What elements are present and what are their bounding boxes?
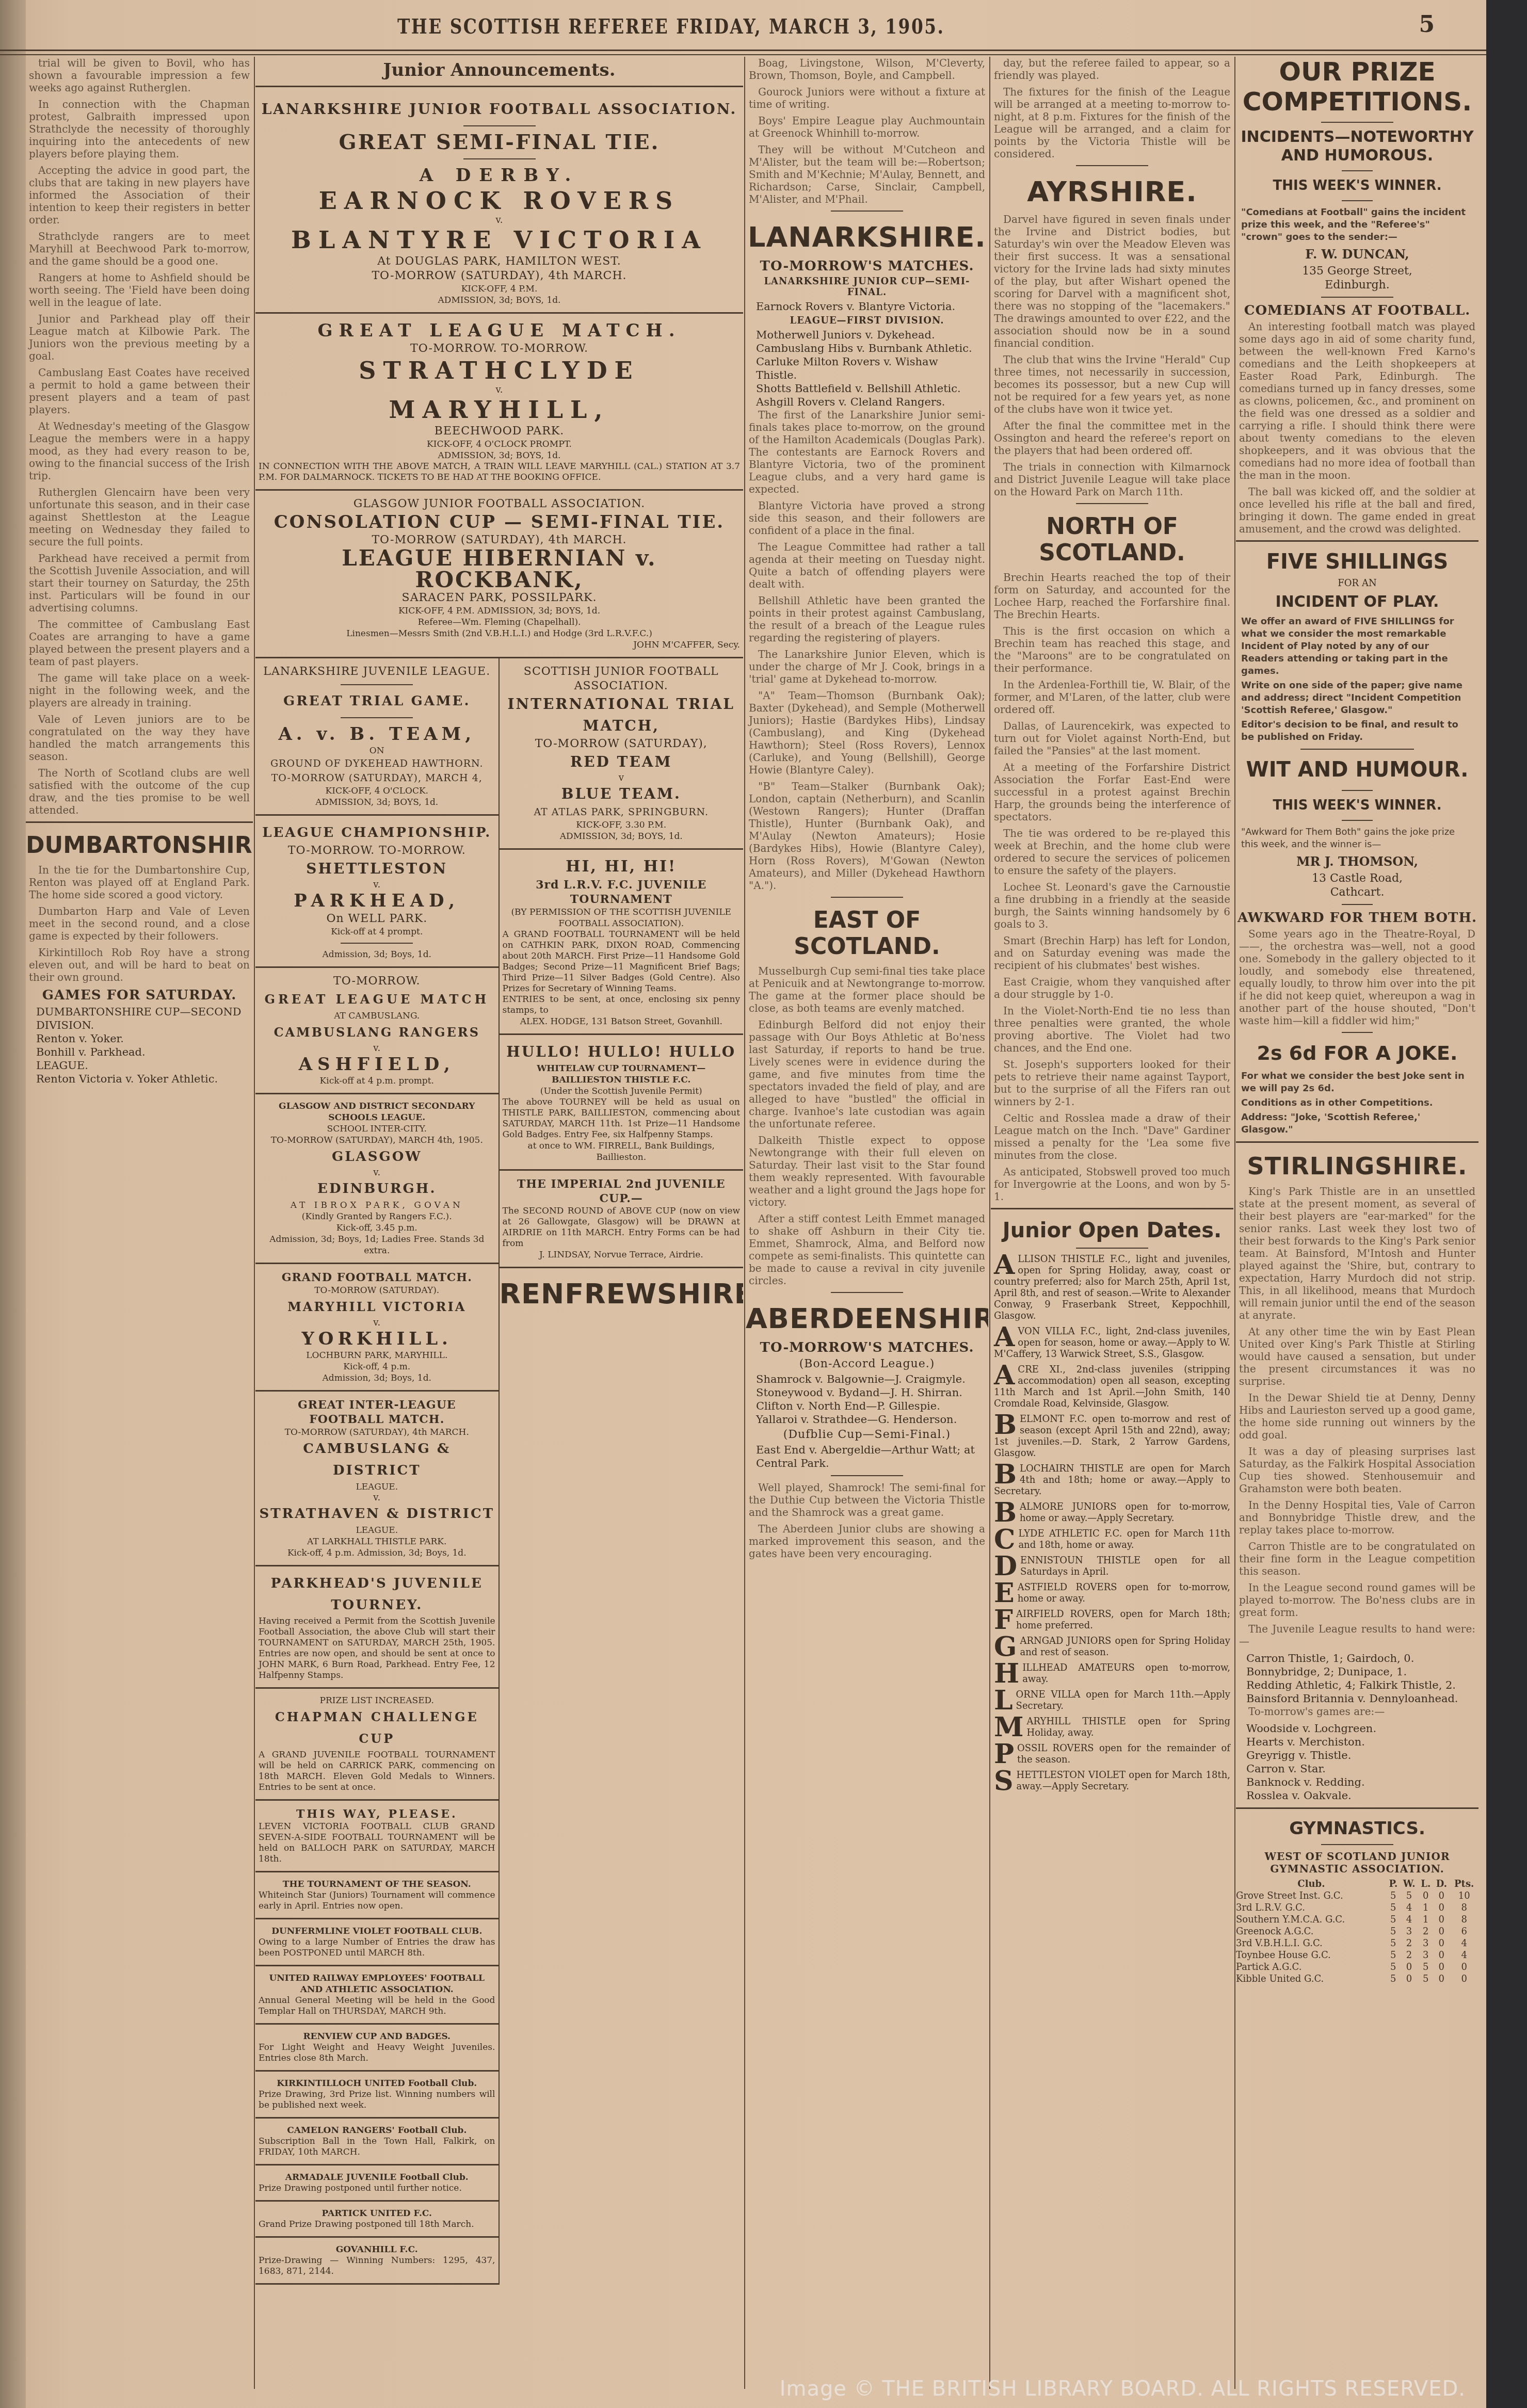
article-paragraph: East Craigie, whom they vanquished after… (994, 976, 1230, 1000)
drop-cap: A (994, 1364, 1015, 1387)
fixture-line: Rosslea v. Oakvale. (1246, 1789, 1468, 1802)
masthead: THE SCOTTISH REFEREE FRIDAY, MARCH 3, 19… (392, 10, 1466, 41)
ad-team-2: BLUE TEAM. (503, 783, 741, 805)
ad-imperial-cup: THE IMPERIAL 2nd JUVENILE CUP.— The SECO… (500, 1171, 744, 1268)
ad-date: TO-MORROW (SATURDAY), MARCH 4, (259, 771, 495, 785)
open-date-text: ILLHEAD AMATEURS open to-morrow, away. (1022, 1662, 1230, 1685)
ad-headline: LEAGUE CHAMPIONSHIP. (259, 822, 495, 844)
short-rule (341, 717, 413, 718)
ad-kickoff: KICK-OFF, 4 O'CLOCK. (259, 785, 495, 797)
incident-winner-text: "Comedians at Football" gains the incide… (1241, 206, 1473, 244)
article-paragraph: Boys' Empire League play Auchmountain at… (749, 115, 985, 139)
ad-team-1: RED TEAM (503, 751, 741, 773)
article-paragraph: The fixtures for the finish of the Leagu… (994, 86, 1230, 160)
article-paragraph: The Lanarkshire Junior Eleven, which is … (749, 648, 985, 685)
stat-cell: 0 (1433, 1890, 1450, 1902)
ad-vs: v. (259, 1318, 495, 1328)
short-rule (341, 684, 413, 685)
short-rule (341, 943, 413, 944)
stat-cell: 0 (1433, 1937, 1450, 1949)
page-number: 5 (1419, 11, 1435, 38)
open-date-entry: ALLISON THISTLE F.C., light and juvenile… (994, 1254, 1230, 1322)
ad-vs: v. (259, 215, 740, 225)
stirlingshire-results: Carron Thistle, 1; Gairdoch, 0.Bonnybrid… (1236, 1652, 1478, 1705)
short-rule (1342, 820, 1373, 821)
article-paragraph: The first of the Lanarkshire Junior semi… (749, 409, 985, 495)
north-of-scotland-heading: NORTH OF SCOTLAND. (991, 513, 1233, 566)
article-paragraph: In the League second round games will be… (1239, 1581, 1475, 1619)
junior-announcements: Junior Announcements. LANARKSHIRE JUNIOR… (255, 57, 743, 2399)
ad-vs: v. (259, 1168, 495, 1178)
column-1-articles: trial will be given to Bovil, who has sh… (26, 57, 253, 816)
ad-venue: GROUND OF DYKEHEAD HAWTHORN. (259, 756, 495, 771)
ad-vs: v. (259, 1043, 495, 1054)
ad-kickoff: KICK-OFF, 4 O'CLOCK PROMPT. (259, 439, 740, 450)
open-date-entry: DENNISTOUN THISTLE open for all Saturday… (994, 1555, 1230, 1578)
ad-team-2: PARKHEAD, (259, 890, 495, 912)
drop-cap: H (994, 1662, 1019, 1685)
article-paragraph: The trials in connection with Kilmarnock… (994, 461, 1230, 498)
article-paragraph: Rangers at home to Ashfield should be wo… (29, 271, 250, 309)
stat-cell: 5 (1387, 1890, 1400, 1902)
club-name: 3rd V.B.H.L.I. G.C. (1236, 1937, 1387, 1949)
fixture-line: Bonhill v. Parkhead. (36, 1045, 243, 1059)
stirlingshire-articles: King's Park Thistle are in an unsettled … (1236, 1185, 1478, 1647)
ad-kickoff: Kick-off, 4 p.m. (259, 1361, 495, 1372)
aberdeenshire-cup-fixture: East End v. Abergeldie—Arthur Watt; at C… (756, 1443, 978, 1470)
column-1: trial will be given to Bovil, who has sh… (26, 57, 253, 2399)
fixture-line: Woodside v. Lochgreen. (1246, 1722, 1468, 1735)
ad-body: Having received a Permit from the Scotti… (259, 1616, 495, 1681)
drop-cap: L (994, 1689, 1013, 1712)
open-date-text: CRE XI., 2nd-class juveniles (stripping … (994, 1364, 1230, 1409)
short-rule (463, 158, 536, 159)
stat-cell: 5 (1418, 1973, 1433, 1985)
ad-kirkintilloch: KIRKINTILLOCH UNITED Football Club. Priz… (255, 2072, 499, 2119)
open-date-entry: ACRE XI., 2nd-class juveniles (stripping… (994, 1364, 1230, 1410)
article-paragraph: Dallas, of Laurencekirk, was expected to… (994, 720, 1230, 757)
open-date-text: ENNISTOUN THISTLE open for all Saturdays… (1020, 1555, 1230, 1577)
open-date-text: ARYHILL THISTLE open for Spring Holiday,… (1027, 1716, 1230, 1738)
ad-date: TO-MORROW. TO-MORROW. (259, 342, 740, 356)
fixture-line: Carron v. Star. (1246, 1762, 1468, 1775)
short-rule (1342, 200, 1373, 201)
ad-date: TO-MORROW (SATURDAY), MARCH 4th, 1905. (259, 1135, 495, 1146)
ad-admission: ADMISSION, 3d; BOYS, 1d. (259, 295, 740, 306)
open-date-entry: EASTFIELD ROVERS open for to-morrow, hom… (994, 1582, 1230, 1605)
article-paragraph: Lochee St. Leonard's gave the Carnoustie… (994, 881, 1230, 930)
article-paragraph: In the tie for the Dumbartonshire Cup, R… (29, 864, 250, 901)
ad-chapman-cup: PRIZE LIST INCREASED. CHAPMAN CHALLENGE … (255, 1689, 499, 1801)
fixture-line: Greyrigg v. Thistle. (1246, 1749, 1468, 1762)
open-date-text: VON VILLA F.C., light, 2nd-class juvenil… (994, 1326, 1230, 1360)
open-date-text: OSSIL ROVERS open for the remainder of t… (1017, 1743, 1230, 1765)
result-line: Bonnybridge, 2; Dunipace, 1. (1246, 1665, 1468, 1678)
lanarkshire-league: LEAGUE—FIRST DIVISION. (746, 315, 988, 326)
aberdeenshire-league: (Bon-Accord League.) (746, 1357, 988, 1370)
gymnastics-heading: GYMNASTICS. (1236, 1818, 1478, 1839)
ad-venue: At DOUGLAS PARK, HAMILTON WEST. (259, 254, 740, 269)
incident-winner-heading: THIS WEEK'S WINNER. (1236, 176, 1478, 195)
table-header-cell: D. (1433, 1878, 1450, 1890)
drop-cap: A (994, 1254, 1015, 1276)
stat-cell: 0 (1433, 1902, 1450, 1914)
ad-consolation-cup: GLASGOW JUNIOR FOOTBALL ASSOCIATION. CON… (255, 491, 743, 658)
ad-headline: GREAT LEAGUE MATCH (259, 989, 495, 1010)
ad-date: TO-MORROW. TO-MORROW. (259, 844, 495, 858)
ad-admission: ADMISSION, 3d; BOYS, 1d. (503, 831, 741, 842)
column-4-intro: day, but the referee failed to appear, s… (991, 57, 1233, 160)
article-paragraph: Musselburgh Cup semi-final ties take pla… (749, 965, 985, 1014)
ad-sub: SCHOOL INTER-CITY. (259, 1123, 495, 1135)
ad-team-2: BLANTYRE VICTORIA (259, 225, 740, 254)
ad-headline: GREAT SEMI-FINAL TIE. (259, 132, 740, 153)
ad-venue: On WELL PARK. (259, 912, 495, 926)
ad-international-trial: SCOTTISH JUNIOR FOOTBALL ASSOCIATION. IN… (500, 658, 744, 850)
article-paragraph: Accepting the advice in good part, the c… (29, 164, 250, 226)
ad-trial-game: LANARKSHIRE JUVENILE LEAGUE. GREAT TRIAL… (255, 658, 499, 816)
open-date-text: ORNE VILLA open for March 11th.—Apply Se… (1016, 1689, 1230, 1711)
ad-team-2: STRATHAVEN & DISTRICT (259, 1503, 495, 1525)
article-paragraph: Gourock Juniors were without a fixture a… (749, 86, 985, 110)
stat-cell: 5 (1387, 1973, 1400, 1985)
ad-on: ON (259, 745, 495, 756)
ad-headline: DUNFERMLINE VIOLET FOOTBALL CLUB. (259, 1926, 495, 1937)
lanarkshire-cup: LANARKSHIRE JUNIOR CUP—SEMI-FINAL. (746, 276, 988, 298)
column-divider (1234, 57, 1235, 2389)
open-date-text: LLISON THISTLE F.C., light and juveniles… (994, 1254, 1230, 1321)
stat-cell: 0 (1400, 1973, 1418, 1985)
ad-vs: v. (259, 880, 495, 890)
open-date-entry: POSSIL ROVERS open for the remainder of … (994, 1743, 1230, 1766)
article-paragraph: They will be without M'Cutcheon and M'Al… (749, 143, 985, 205)
ad-admission: Admission, 3d; Boys, 1d. (259, 1372, 495, 1384)
ad-assoc: LANARKSHIRE JUNIOR FOOTBALL ASSOCIATION. (259, 99, 740, 120)
article-paragraph: trial will be given to Bovil, who has sh… (29, 57, 250, 94)
ad-venue: SARACEN PARK, POSSILPARK. (259, 591, 740, 605)
stat-cell: 2 (1400, 1949, 1418, 1961)
stat-cell: 5 (1387, 1914, 1400, 1926)
ad-kickoff: Kick-off at 4 p.m. prompt. (259, 1075, 495, 1087)
masthead-rule (0, 50, 1486, 55)
open-date-entry: HILLHEAD AMATEURS open to-morrow, away. (994, 1662, 1230, 1685)
open-date-text: HETTLESTON VIOLET open for March 18th, a… (1017, 1770, 1230, 1792)
table-row: Greenock A.G.C.53206 (1236, 1926, 1478, 1937)
ads-right: SCOTTISH JUNIOR FOOTBALL ASSOCIATION. IN… (500, 658, 744, 2285)
ad-headline: UNITED RAILWAY EMPLOYEES' FOOTBALL AND A… (259, 1973, 495, 1995)
open-date-entry: GARNGAD JUNIORS open for Spring Holiday … (994, 1636, 1230, 1658)
section-rule (1236, 1807, 1478, 1809)
club-name: Southern Y.M.C.A. G.C. (1236, 1914, 1387, 1926)
ad-inter-league: GREAT INTER-LEAGUE FOOTBALL MATCH. TO-MO… (255, 1392, 499, 1566)
short-rule (1321, 297, 1393, 298)
table-row: Grove Street Inst. G.C.550010 (1236, 1890, 1478, 1902)
drop-cap: B (994, 1463, 1017, 1486)
drop-cap: A (994, 1326, 1015, 1349)
newspaper-page: THE SCOTTISH REFEREE FRIDAY, MARCH 3, 19… (0, 0, 1486, 2408)
table-header-cell: W. (1400, 1878, 1418, 1890)
ad-team-1: CAMBUSLANG & DISTRICT (259, 1438, 495, 1481)
ad-kickoff: Kick-off, 4 p.m. Admission, 3d; Boys, 1d… (259, 1547, 495, 1559)
joke-title: 2s 6d FOR A JOKE. (1236, 1038, 1478, 1068)
article-paragraph: King's Park Thistle are in an unsettled … (1239, 1185, 1475, 1321)
ad-armadale: ARMADALE JUVENILE Football Club. Prize D… (255, 2165, 499, 2202)
ad-headline: GLASGOW AND DISTRICT SECONDARY SCHOOLS L… (259, 1101, 495, 1123)
short-rule (1321, 122, 1393, 123)
competition-rule: For what we consider the best Joke sent … (1241, 1070, 1473, 1095)
article-paragraph: The committee of Cambuslang East Coates … (29, 618, 250, 668)
aberdeenshire-cup: (Dufblie Cup—Semi-Final.) (746, 1428, 988, 1441)
ad-venue: LOCHBURN PARK, MARYHILL. (259, 1350, 495, 1361)
ad-renview: RENVIEW CUP AND BADGES. For Light Weight… (255, 2025, 499, 2072)
short-rule (1342, 790, 1373, 791)
club-name: Partick A.G.C. (1236, 1961, 1387, 1973)
ad-kickoff: KICK-OFF, 4 P.M. ADMISSION, 3d; BOYS, 1d… (259, 605, 740, 617)
ad-dunfermline-violet: DUNFERMLINE VIOLET FOOTBALL CLUB. Owing … (255, 1919, 499, 1966)
open-date-entry: BELMONT F.C. open to-morrow and rest of … (994, 1414, 1230, 1459)
five-shillings-title: FIVE SHILLINGS (1236, 547, 1478, 577)
stat-cell: 0 (1450, 1961, 1478, 1973)
article-paragraph: The club that wins the Irvine "Herald" C… (994, 353, 1230, 415)
ad-permission: (Under the Scottish Juvenile Permit) (503, 1086, 741, 1097)
ad-team-2-sub: LEAGUE. (259, 1525, 495, 1536)
ad-assoc: SCOTTISH JUNIOR FOOTBALL ASSOCIATION. (503, 665, 741, 693)
open-date-text: ALMORE JUNIORS open for to-morrow, home … (1020, 1501, 1230, 1524)
ad-headline: RENVIEW CUP AND BADGES. (259, 2031, 495, 2042)
open-date-entry: BALMORE JUNIORS open for to-morrow, home… (994, 1501, 1230, 1524)
ad-note: IN CONNECTION WITH THE ABOVE MATCH, A TR… (259, 461, 740, 483)
table-header-cell: Club. (1236, 1878, 1387, 1890)
article-paragraph: Darvel have figured in seven finals unde… (994, 213, 1230, 349)
ad-vs: v. (259, 385, 740, 395)
ad-headline: CHAPMAN CHALLENGE CUP (259, 1706, 495, 1750)
fixture-line: Yallaroi v. Strathdee—G. Henderson. (756, 1413, 978, 1426)
ad-kickoff: Kick-off, 3.45 p.m. (259, 1222, 495, 1234)
open-date-entry: AVON VILLA F.C., light, 2nd-class juveni… (994, 1326, 1230, 1360)
aberdeenshire-sub: TO-MORROW'S MATCHES. (746, 1340, 988, 1355)
stat-cell: 1 (1418, 1902, 1433, 1914)
ad-headline: GOVANHILL F.C. (259, 2244, 495, 2255)
stirlingshire-fixtures: Woodside v. Lochgreen.Hearts v. Merchist… (1236, 1722, 1478, 1802)
ad-team-1: SHETTLESTON (259, 858, 495, 880)
article-paragraph: Cambuslang East Coates have received a p… (29, 366, 250, 416)
article-paragraph: day, but the referee failed to appear, s… (994, 57, 1230, 82)
ad-kickoff: KICK-OFF, 3.30 P.M. (503, 819, 741, 831)
open-dates-heading: Junior Open Dates. (991, 1219, 1233, 1242)
open-date-text: LOCHAIRN THISTLE are open for March 4th … (994, 1463, 1230, 1497)
article-paragraph: Kirkintilloch Rob Roy have a strong elev… (29, 946, 250, 983)
drop-cap: M (994, 1716, 1024, 1739)
fixture-line: Banknock v. Redding. (1246, 1775, 1468, 1789)
open-date-text: ELMONT F.C. open to-morrow and rest of s… (994, 1414, 1230, 1459)
article-paragraph: Well played, Shamrock! The semi-final fo… (749, 1481, 985, 1518)
renfrewshire-heading: RENFREWSHIRE. (500, 1278, 744, 1310)
drop-cap: D (994, 1555, 1017, 1578)
stat-cell: 0 (1433, 1973, 1450, 1985)
column-4: day, but the referee failed to appear, s… (991, 57, 1233, 2399)
article-paragraph: The game will take place on a week-night… (29, 672, 250, 709)
article-paragraph: "B" Team—Stalker (Burnbank Oak); London,… (749, 780, 985, 892)
ad-body: LEVEN VICTORIA FOOTBALL CLUB GRAND SEVEN… (259, 1821, 495, 1865)
stat-cell: 5 (1387, 1949, 1400, 1961)
competition-rule: Address: "Joke, 'Scottish Referee,' Glas… (1241, 1111, 1473, 1136)
article-paragraph: The tie was ordered to be re-played this… (994, 827, 1230, 877)
article-paragraph: The North of Scotland clubs are well sat… (29, 767, 250, 816)
article-paragraph: Vale of Leven juniors are to be congratu… (29, 713, 250, 763)
competition-rule: Editor's decision to be final, and resul… (1241, 719, 1473, 744)
article-paragraph: Junior and Parkhead play off their Leagu… (29, 313, 250, 362)
open-date-entry: BLOCHAIRN THISTLE are open for March 4th… (994, 1463, 1230, 1497)
ad-headline: GREAT INTER-LEAGUE FOOTBALL MATCH. (259, 1398, 495, 1427)
ad-body: A GRAND JUVENILE FOOTBALL TOURNAMENT wil… (259, 1750, 495, 1793)
incident-winner-address-1: 135 George Street, (1236, 265, 1478, 278)
ad-pre: PRIZE LIST INCREASED. (259, 1695, 495, 1706)
ad-body: Prize Drawing postponed until further no… (259, 2183, 495, 2194)
ad-team-2: MARYHILL, (259, 395, 740, 424)
article-paragraph: Parkhead have received a permit from the… (29, 552, 250, 614)
article-paragraph: In the Dewar Shield tie at Denny, Denny … (1239, 1392, 1475, 1441)
article-paragraph: An interesting football match was played… (1239, 320, 1475, 481)
ad-kickoff: KICK-OFF, 4 P.M. (259, 283, 740, 295)
ad-sub: WHITELAW CUP TOURNAMENT—BAILLIESTON THIS… (503, 1063, 741, 1086)
fixture-line: Hearts v. Merchiston. (1246, 1735, 1468, 1749)
ad-headline: HI, HI, HI! (503, 856, 741, 878)
ad-vs: v (503, 773, 741, 783)
article-paragraph: In the Denny Hospital ties, Vale of Carr… (1239, 1499, 1475, 1536)
ad-body: Prize-Drawing — Winning Numbers: 1295, 4… (259, 2255, 495, 2277)
dumbartonshire-heading: DUMBARTONSHIRE. (26, 832, 253, 859)
games-list: DUMBARTONSHIRE CUP—SECOND DIVISION.Rento… (26, 1005, 253, 1086)
article-paragraph: In the Ardenlea-Forthill tie, W. Blair, … (994, 678, 1230, 716)
ad-headline: CONSOLATION CUP — SEMI-FINAL TIE. (259, 511, 740, 533)
ad-body: Whiteinch Star (Juniors) Tournament will… (259, 1890, 495, 1912)
table-row: 3rd L.R.V. G.C.54108 (1236, 1902, 1478, 1914)
column-3-intro: Boag, Livingstone, Wilson, M'Cleverty, B… (746, 57, 988, 205)
short-rule (831, 211, 903, 212)
ayrshire-articles: Darvel have figured in seven finals unde… (991, 213, 1233, 498)
stat-cell: 2 (1400, 1937, 1418, 1949)
article-paragraph: This is the first occasion on which a Br… (994, 625, 1230, 674)
gymnastics-table-header: Club.P.W.L.D.Pts. (1236, 1878, 1478, 1890)
ad-headline: GRAND FOOTBALL MATCH. (259, 1270, 495, 1285)
ad-team-1-sub: LEAGUE. (259, 1481, 495, 1493)
ad-team-2: ASHFIELD, (259, 1054, 495, 1075)
short-rule (1321, 1844, 1393, 1845)
section-rule (1236, 1141, 1478, 1143)
article-paragraph: Rutherglen Glencairn have been very unfo… (29, 486, 250, 548)
article-paragraph: Celtic and Rosslea made a draw of their … (994, 1112, 1230, 1161)
short-rule (1342, 170, 1373, 171)
ad-team-1: MARYHILL VICTORIA (259, 1296, 495, 1318)
open-date-entry: SHETTLESTON VIOLET open for March 18th, … (994, 1770, 1230, 1792)
incidents-subtitle: INCIDENTS—NOTEWORTHY AND HUMOROUS. (1236, 128, 1478, 165)
stat-cell: 0 (1433, 1914, 1450, 1926)
ad-body: Grand Prize Drawing postponed till 18th … (259, 2219, 495, 2230)
fixture-line: Carluke Milton Rovers v. Wishaw Thistle. (756, 355, 978, 382)
stat-cell: 5 (1387, 1961, 1400, 1973)
short-rule (831, 897, 903, 898)
incident-story-title: COMEDIANS AT FOOTBALL. (1236, 303, 1478, 318)
club-name: Greenock A.G.C. (1236, 1926, 1387, 1937)
article-paragraph: In connection with the Chapman protest, … (29, 98, 250, 160)
ad-sub: 3rd L.R.V. F.C. JUVENILE TOURNAMENT (503, 878, 741, 907)
stirlingshire-heading: STIRLINGSHIRE. (1236, 1152, 1478, 1180)
ad-vs: v. (259, 1493, 495, 1503)
result-line: Redding Athletic, 4; Falkirk Thistle, 2. (1246, 1678, 1468, 1692)
ad-kickoff: Kick-off at 4 prompt. (259, 926, 495, 938)
wit-winner-text: "Awkward for Them Both" gains the joke p… (1241, 826, 1473, 851)
table-row: 3rd V.B.H.L.I. G.C.52304 (1236, 1937, 1478, 1949)
open-date-text: AIRFIELD ROVERS, open for March 18th; ho… (1016, 1609, 1230, 1631)
short-rule (1342, 904, 1373, 905)
result-line: Carron Thistle, 1; Gairdoch, 0. (1246, 1652, 1468, 1665)
ad-secretary: JOHN M'CAFFER, Secy. (259, 639, 740, 651)
wit-winner-address-1: 13 Castle Road, (1236, 872, 1478, 885)
stat-cell: 4 (1450, 1949, 1478, 1961)
open-date-text: ASTFIELD ROVERS open for to-morrow, home… (1018, 1582, 1230, 1604)
club-name: Toynbee House G.C. (1236, 1949, 1387, 1961)
ad-tag: A DERBY. (259, 165, 740, 186)
incident-story: An interesting football match was played… (1236, 320, 1478, 535)
five-shillings-text: We offer an award of FIVE SHILLINGS for … (1236, 616, 1478, 744)
ad-permission: (BY PERMISSION OF THE SCOTTISH JUVENILE … (503, 907, 741, 929)
lanarkshire-cup-match: Earnock Rovers v. Blantyre Victoria. (756, 300, 978, 313)
ad-body: For Light Weight and Heavy Weight Juveni… (259, 2042, 495, 2064)
article-paragraph: Dumbarton Harp and Vale of Leven meet in… (29, 905, 250, 942)
ad-united-railway: UNITED RAILWAY EMPLOYEES' FOOTBALL AND A… (255, 1966, 499, 2025)
wit-story: Some years ago in the Theatre-Royal, D——… (1239, 928, 1475, 1027)
article-paragraph: The Aberdeen Junior clubs are showing a … (749, 1523, 985, 1560)
open-date-text: ARNGAD JUNIORS open for Spring Holiday a… (1020, 1636, 1230, 1658)
north-of-scotland-articles: Brechin Hearts reached the top of their … (991, 571, 1233, 1203)
article-paragraph: The Juvenile League results to hand were… (1239, 1623, 1475, 1647)
short-rule (1342, 1032, 1373, 1033)
ad-body: The above TOURNEY will be held as usual … (503, 1097, 741, 1140)
ad-headline: THE TOURNAMENT OF THE SEASON. (259, 1879, 495, 1890)
stat-cell: 4 (1450, 1937, 1478, 1949)
copyright-watermark: Image © THE BRITISH LIBRARY BOARD. ALL R… (780, 2377, 1466, 2401)
ad-lanarkshire-semi-final: LANARKSHIRE JUNIOR FOOTBALL ASSOCIATION.… (255, 92, 743, 314)
table-header-cell: L. (1418, 1878, 1433, 1890)
stat-cell: 8 (1450, 1902, 1478, 1914)
club-name: 3rd L.R.V. G.C. (1236, 1902, 1387, 1914)
aberdeenshire-articles: Well played, Shamrock! The semi-final fo… (746, 1481, 988, 1560)
club-name: Kibble United G.C. (1236, 1973, 1387, 1985)
stat-cell: 0 (1433, 1926, 1450, 1937)
fixture-line: Shamrock v. Balgownie—J. Craigmyle. (756, 1372, 978, 1386)
article-paragraph: Brechin Hearts reached the top of their … (994, 571, 1230, 621)
ad-body: Annual General Meeting will be held in t… (259, 1995, 495, 2017)
lanarkshire-sub: TO-MORROW'S MATCHES. (746, 258, 988, 274)
result-line: Bainsford Britannia v. Dennyloanhead. (1246, 1692, 1468, 1705)
ad-venue: AT IBROX PARK, GOVAN (259, 1200, 495, 1211)
wit-winner-address-2: Cathcart. (1236, 886, 1478, 899)
short-rule (831, 1292, 903, 1293)
column-5: OUR PRIZE COMPETITIONS. INCIDENTS—NOTEWO… (1236, 57, 1478, 2399)
ad-body: Prize Drawing, 3rd Prize list. Winning n… (259, 2089, 495, 2111)
short-rule (463, 125, 536, 126)
article-paragraph: Smart (Brechin Harp) has left for London… (994, 934, 1230, 972)
ad-linesmen: Linesmen—Messrs Smith (2nd V.B.H.L.I.) a… (259, 628, 740, 639)
stat-cell: 0 (1400, 1961, 1418, 1973)
ad-admission: Admission, 3d; Boys, 1d. (259, 949, 495, 960)
ad-match: LEAGUE HIBERNIAN v. ROCKBANK, (259, 547, 740, 591)
table-header-cell: Pts. (1450, 1878, 1478, 1890)
open-date-text: LYDE ATHLETIC F.C. open for March 11th a… (1018, 1528, 1230, 1550)
five-shillings-for: FOR AN (1236, 578, 1478, 589)
ad-body: The SECOND ROUND of ABOVE CUP (now on vi… (503, 1206, 741, 1249)
stirlingshire-fixtures-heading: To-morrow's games are:— (1239, 1705, 1475, 1718)
